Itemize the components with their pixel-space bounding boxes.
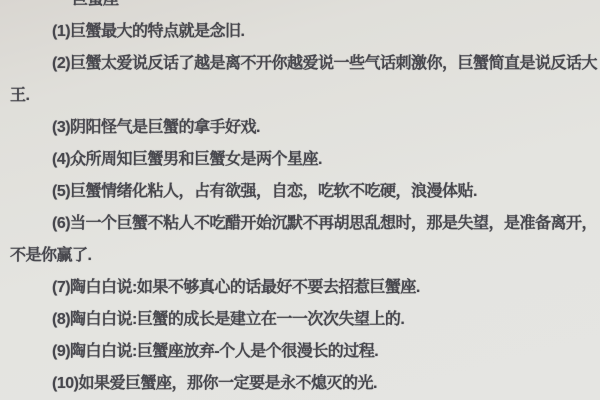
list-item-3: (3)阴阳怪气是巨蟹的拿手好戏. (10, 112, 594, 144)
list-item-10: (10)如果爱巨蟹座，那你一定要是永不熄灭的光. (10, 368, 594, 400)
list-item-6: (6)当一个巨蟹不粘人不吃醋开始沉默不再胡思乱想时，那是失望，是准备离开， (10, 208, 594, 240)
list-item-8: (8)陶白白说:巨蟹的成长是建立在一一次次失望上的. (10, 304, 594, 336)
list-item-7: (7)陶白白说:如果不够真心的话最好不要去招惹巨蟹座. (10, 272, 594, 304)
list-item-6-continuation: 不是你赢了. (10, 240, 594, 272)
list-item-1: (1)巨蟹最大的特点就是念旧. (10, 16, 594, 48)
document-page: 巨蟹座 (1)巨蟹最大的特点就是念旧. (2)巨蟹太爱说反话了越是离不开你越爱说… (10, 0, 594, 400)
page-title: 巨蟹座 (10, 0, 594, 16)
list-item-4: (4)众所周知巨蟹男和巨蟹女是两个星座. (10, 144, 594, 176)
list-item-2: (2)巨蟹太爱说反话了越是离不开你越爱说一些气话刺激你，巨蟹简直是说反话大 (10, 48, 594, 80)
list-item-5: (5)巨蟹情绪化粘人，占有欲强，自恋，吃软不吃硬，浪漫体贴. (10, 176, 594, 208)
list-item-2-continuation: 王. (10, 80, 594, 112)
list-item-9: (9)陶白白说:巨蟹座放弃-个人是个很漫长的过程. (10, 336, 594, 368)
